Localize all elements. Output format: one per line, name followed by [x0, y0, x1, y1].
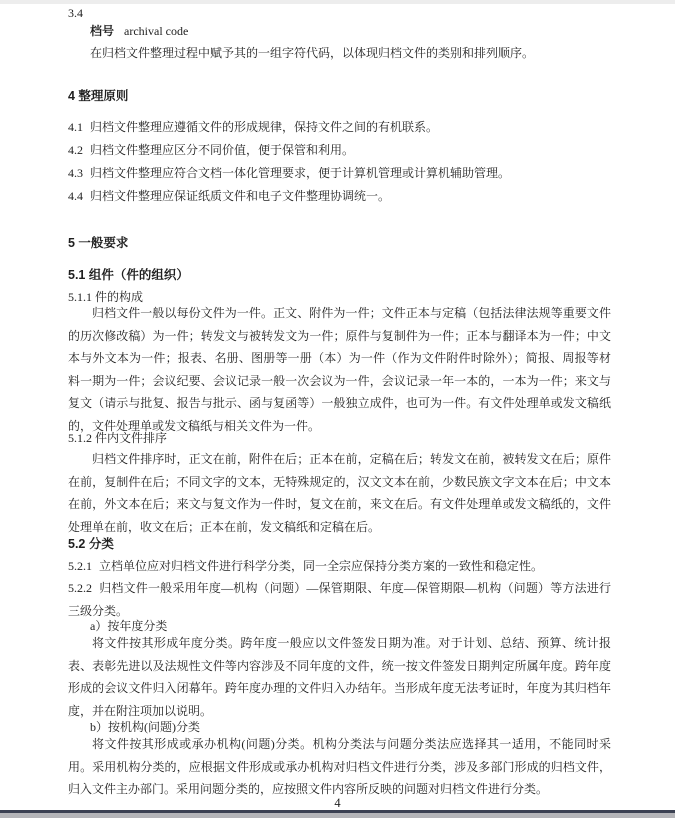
clause-4-1: 4.1归档文件整理应遵循文件的形成规律，保持文件之间的有机联系。: [68, 116, 611, 139]
section-5-1-heading: 5.1 组件（件的组织）: [68, 264, 611, 287]
clause-5-2-1: 5.2.1立档单位应对归档文件进行科学分类，同一全宗应保持分类方案的一致性和稳定…: [68, 555, 611, 578]
clause-5-2-2-text: 归档文件一般采用年度—机构（问题）—保管期限、年度—保管期限—机构（问题）等方法…: [68, 581, 611, 618]
clause-4-3-text: 归档文件整理应符合文档一体化管理要求，便于计算机管理或计算机辅助管理。: [90, 166, 510, 180]
clause-4-2-text: 归档文件整理应区分不同价值，便于保管和利用。: [90, 143, 354, 157]
list-item-a-paragraph: 将文件按其形成年度分类。跨年度一般应以文件签发日期为准。对于计划、总结、预算、统…: [68, 632, 611, 722]
clause-4-3-number: 4.3: [68, 166, 83, 180]
viewer-bottom-background: [0, 813, 675, 818]
clause-5-2-2-number: 5.2.2: [68, 581, 92, 595]
term-definition: 在归档文件整理过程中赋予其的一组字符代码，以体现归档文件的类别和排列顺序。: [90, 42, 611, 65]
page-number: 4: [0, 796, 675, 811]
clause-5-2-1-text: 立档单位应对归档文件进行科学分类，同一全宗应保持分类方案的一致性和稳定性。: [99, 559, 543, 573]
term-name-en: archival code: [124, 24, 188, 38]
section-5-1-2-paragraph: 归档文件排序时，正文在前，附件在后；正本在前，定稿在后；转发文在前，被转发文在后…: [68, 448, 611, 538]
clause-4-3: 4.3归档文件整理应符合文档一体化管理要求，便于计算机管理或计算机辅助管理。: [68, 162, 611, 185]
section-4-heading: 4 整理原则: [68, 85, 611, 108]
clause-4-4-number: 4.4: [68, 189, 83, 203]
clause-4-1-number: 4.1: [68, 120, 83, 134]
section-5-1-2-heading: 5.1.2 件内文件排序: [68, 427, 611, 450]
term-name-zh: 档号: [90, 24, 114, 38]
term-entry: 档号archival code: [90, 20, 611, 43]
clause-4-4: 4.4归档文件整理应保证纸质文件和电子文件整理协调统一。: [68, 185, 611, 208]
document-page: 3.4 档号archival code 在归档文件整理过程中赋予其的一组字符代码…: [0, 0, 675, 818]
clause-4-2-number: 4.2: [68, 143, 83, 157]
section-5-2-heading: 5.2 分类: [68, 533, 611, 556]
clause-4-1-text: 归档文件整理应遵循文件的形成规律，保持文件之间的有机联系。: [90, 120, 438, 134]
clause-5-2-1-number: 5.2.1: [68, 559, 92, 573]
clause-4-4-text: 归档文件整理应保证纸质文件和电子文件整理协调统一。: [90, 189, 390, 203]
clause-4-2: 4.2归档文件整理应区分不同价值，便于保管和利用。: [68, 139, 611, 162]
section-5-1-1-paragraph: 归档文件一般以每份文件为一件。正文、附件为一件；文件正本与定稿（包括法律法规等重…: [68, 302, 611, 437]
section-5-heading: 5 一般要求: [68, 232, 611, 255]
list-item-b-paragraph: 将文件按其形成或承办机构(问题)分类。机构分类法与问题分类法应选择其一适用，不能…: [68, 733, 611, 801]
